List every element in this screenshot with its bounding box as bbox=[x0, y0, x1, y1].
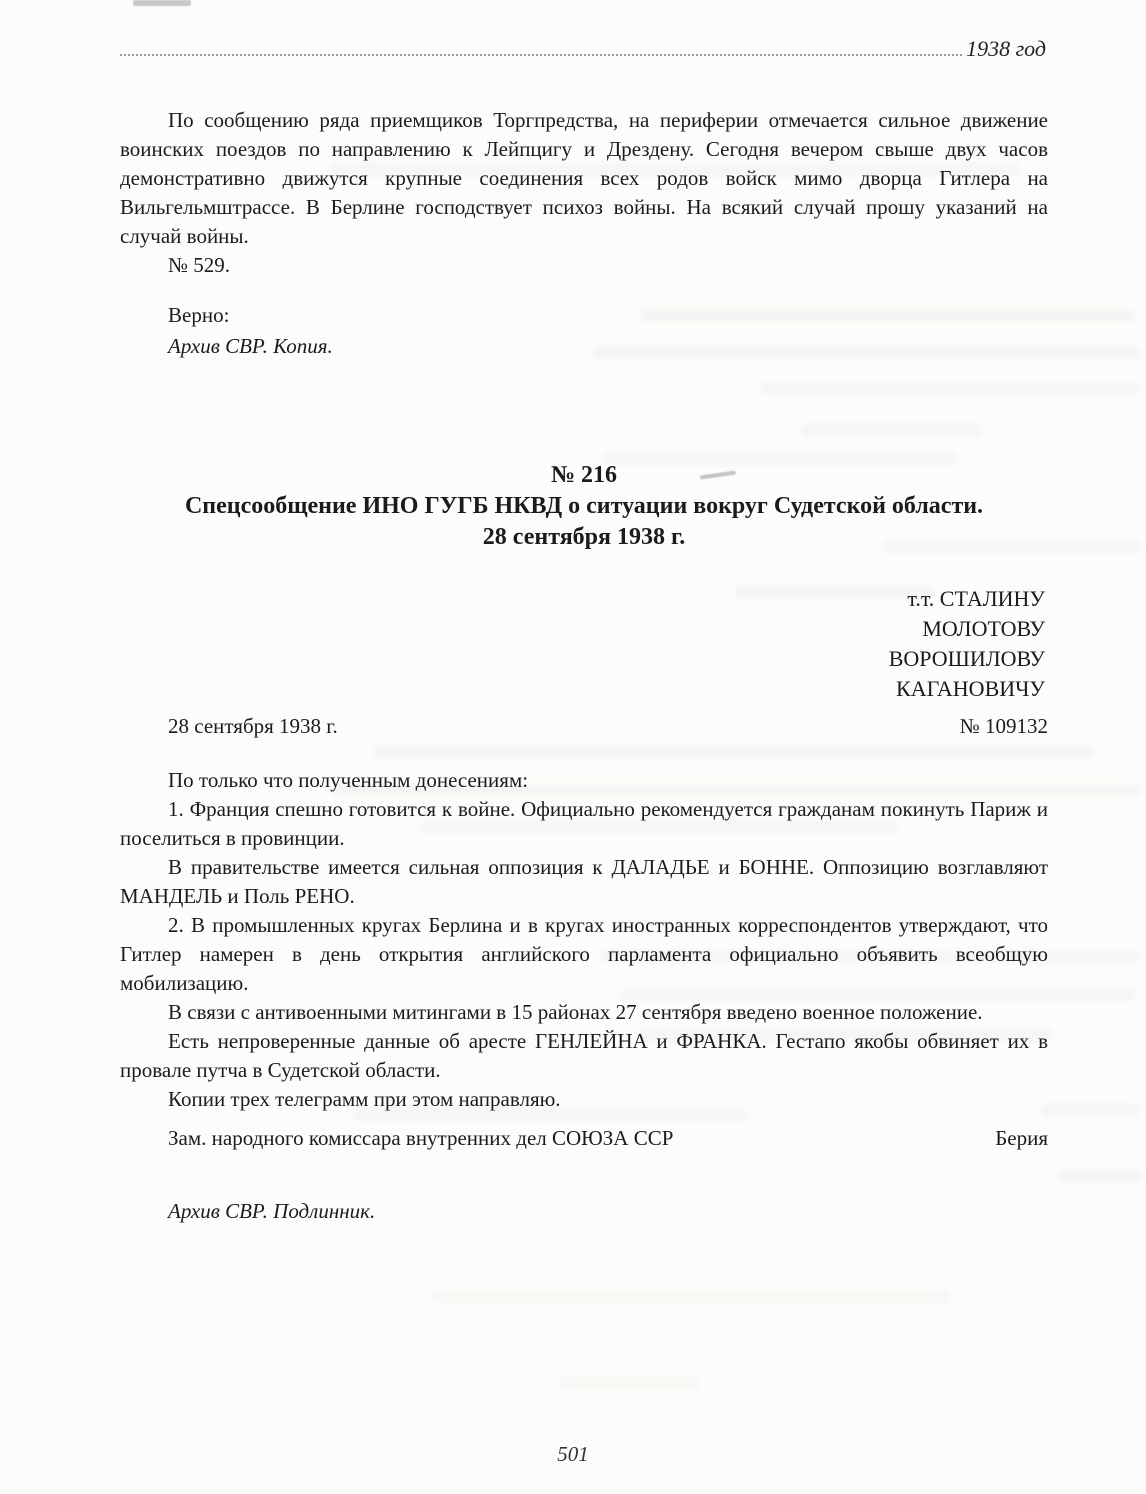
document-body: По только что полученным донесениям: 1. … bbox=[120, 766, 1048, 1114]
document-title: Спецсообщение ИНО ГУГБ НКВД о ситуации в… bbox=[120, 491, 1048, 522]
document-heading: № 216 Спецсообщение ИНО ГУГБ НКВД о ситу… bbox=[120, 460, 1048, 553]
scan-artifact-dash bbox=[133, 0, 191, 6]
document-number: № 216 bbox=[120, 460, 1048, 491]
previous-document-paragraph: По сообщению ряда приемщиков Торгпредств… bbox=[120, 106, 1048, 251]
previous-document-number: № 529. bbox=[120, 251, 1048, 280]
document-ref-number: № 109132 bbox=[960, 714, 1048, 739]
archive-source-note: Архив СВР. Подлинник. bbox=[168, 1199, 375, 1224]
header-year-label: 1938 год bbox=[966, 36, 1046, 62]
body-paragraph: 1. Франция спешно готовится к войне. Офи… bbox=[120, 795, 1048, 853]
certified-label: Верно: bbox=[168, 300, 1048, 331]
body-paragraph: В правительстве имеется сильная оппозици… bbox=[120, 853, 1048, 911]
body-paragraph: 2. В промышленных кругах Берлина и в кру… bbox=[120, 911, 1048, 998]
signature-name: Берия bbox=[995, 1126, 1048, 1151]
addressee: КАГАНОВИЧУ bbox=[889, 674, 1045, 704]
body-paragraph: Копии трех телеграмм при этом направляю. bbox=[120, 1085, 1048, 1114]
date-reference-row: 28 сентября 1938 г. № 109132 bbox=[120, 714, 1048, 739]
addressees-list: т.т. СТАЛИНУ МОЛОТОВУ ВОРОШИЛОВУ КАГАНОВ… bbox=[889, 584, 1045, 704]
page-number: 501 bbox=[0, 1442, 1146, 1467]
addressee: МОЛОТОВУ bbox=[889, 614, 1045, 644]
document-date: 28 сентября 1938 г. bbox=[120, 714, 338, 739]
document-title-date: 28 сентября 1938 г. bbox=[120, 522, 1048, 553]
certification-block: Верно: Архив СВР. Копия. bbox=[120, 300, 1048, 362]
running-head: 1938 год bbox=[120, 36, 1046, 62]
body-paragraph: По только что полученным донесениям: bbox=[120, 766, 1048, 795]
previous-document-tail: По сообщению ряда приемщиков Торгпредств… bbox=[120, 106, 1048, 362]
addressee: ВОРОШИЛОВУ bbox=[889, 644, 1045, 674]
archive-source-note: Архив СВР. Копия. bbox=[168, 331, 1048, 362]
scanned-book-page: 1938 год По сообщению ряда приемщиков То… bbox=[0, 0, 1146, 1494]
signature-role: Зам. народного комиссара внутренних дел … bbox=[120, 1126, 673, 1151]
body-paragraph: Есть непроверенные данные об аресте ГЕНЛ… bbox=[120, 1027, 1048, 1085]
body-paragraph: В связи с антивоенными митингами в 15 ра… bbox=[120, 998, 1048, 1027]
signature-row: Зам. народного комиссара внутренних дел … bbox=[120, 1126, 1048, 1151]
header-rule bbox=[120, 54, 962, 56]
addressee: т.т. СТАЛИНУ bbox=[889, 584, 1045, 614]
